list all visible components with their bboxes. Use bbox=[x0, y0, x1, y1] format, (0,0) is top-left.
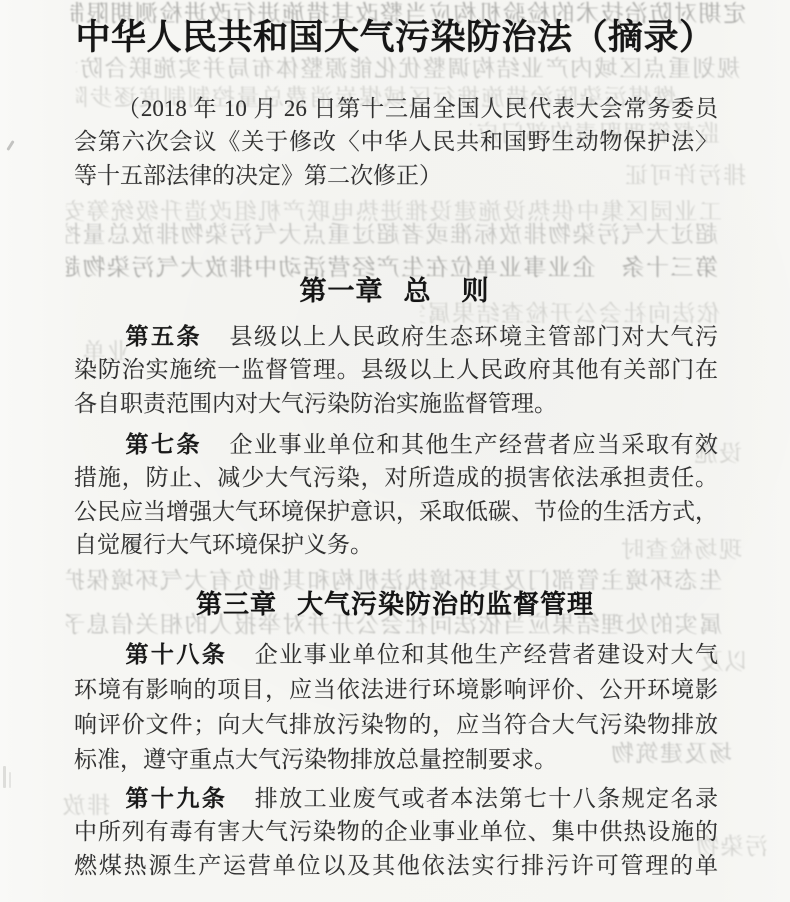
label-gap bbox=[227, 805, 253, 806]
chapter-1-heading: 第一章总 则 bbox=[0, 269, 790, 308]
text-line: 自觉履行大气环境保护义务。 bbox=[74, 528, 718, 561]
article-label: 第五条 bbox=[124, 324, 202, 349]
text-line: 染防治实施统一监督管理。县级以上人民政府其他有关部门在 bbox=[74, 353, 718, 386]
article-text: 排放工业废气或者本法第七十八条规定名录 bbox=[253, 786, 718, 811]
text-line: 会第六次会议《关于修改〈中华人民共和国野生动物保护法〉 bbox=[74, 125, 718, 158]
chapter-name: 总 则 bbox=[404, 276, 491, 306]
document-title: 中华人民共和国大气污染防治法（摘录） bbox=[0, 10, 790, 60]
text-line: 中所列有毒有害大气污染物的企业事业单位、集中供热设施的 bbox=[74, 815, 718, 848]
chapter-number: 第三章 bbox=[196, 590, 277, 619]
article-text: 县级以上人民政府生态环境主管部门对大气污 bbox=[228, 324, 718, 349]
text-line: （2018 年 10 月 26 日第十三届全国人民代表大会常务委员 bbox=[74, 92, 718, 125]
text-line: 措施，防止、减少大气污染，对所造成的损害依法承担责任。 bbox=[74, 461, 718, 494]
indent bbox=[74, 451, 124, 452]
indent bbox=[74, 805, 124, 806]
page-speck bbox=[9, 772, 11, 788]
text-line: 标准，遵守重点大气污染物排放总量控制要求。 bbox=[74, 742, 718, 777]
text-line: 第十八条企业事业单位和其他生产经营者建设对大气 bbox=[74, 637, 718, 672]
article-18: 第十八条企业事业单位和其他生产经营者建设对大气 环境有影响的项目，应当依法进行环… bbox=[74, 637, 718, 777]
page-speck bbox=[3, 766, 6, 788]
bleedthrough-text: 超过大气污染物排放标准或者超过重点大气污染物排放总量控制 bbox=[66, 221, 718, 248]
article-19: 第十九条排放工业废气或者本法第七十八条规定名录 中所列有毒有害大气污染物的企业事… bbox=[74, 782, 718, 882]
text-line: 第十九条排放工业废气或者本法第七十八条规定名录 bbox=[74, 782, 718, 815]
scanned-document-page: 定期对防治技术的检验机构应当整改其措施进行改进检测期限制 规划重点区域内产业结构… bbox=[0, 0, 790, 902]
amendment-note: （2018 年 10 月 26 日第十三届全国人民代表大会常务委员 会第六次会议… bbox=[74, 92, 718, 192]
article-5: 第五条县级以上人民政府生态环境主管部门对大气污 染防治实施统一监督管理。县级以上… bbox=[74, 320, 718, 420]
article-label: 第七条 bbox=[124, 432, 202, 457]
text-line: 燃煤热源生产运营单位以及其他依法实行排污许可管理的单 bbox=[74, 849, 718, 882]
article-label: 第十九条 bbox=[124, 786, 227, 811]
bleedthrough-text: 工业园区集中供热设施建设推进热电联产机组改造升级统筹安排 bbox=[66, 198, 722, 225]
indent bbox=[74, 343, 124, 344]
article-7: 第七条企业事业单位和其他生产经营者应当采取有效 措施，防止、减少大气污染，对所造… bbox=[74, 428, 718, 562]
text-line: 各自职责范围内对大气污染防治实施监督管理。 bbox=[74, 387, 718, 420]
label-gap bbox=[227, 661, 253, 662]
label-gap bbox=[202, 451, 228, 452]
article-label: 第十八条 bbox=[124, 642, 227, 667]
text-line: 公民应当增强大气环境保护意识，采取低碳、节俭的生活方式， bbox=[74, 495, 718, 528]
text-line: 环境有影响的项目，应当依法进行环境影响评价、公开环境影 bbox=[74, 672, 718, 707]
text-line: 等十五部法律的决定》第二次修正） bbox=[74, 159, 718, 192]
text-line: 响评价文件；向大气排放污染物的，应当符合大气污染物排放 bbox=[74, 707, 718, 742]
article-text: 企业事业单位和其他生产经营者建设对大气 bbox=[253, 642, 718, 667]
article-text: 企业事业单位和其他生产经营者应当采取有效 bbox=[228, 432, 718, 457]
label-gap bbox=[202, 343, 228, 344]
indent bbox=[74, 661, 124, 662]
chapter-3-heading: 第三章大气污染防治的监督管理 bbox=[0, 584, 790, 621]
text-line: 第七条企业事业单位和其他生产经营者应当采取有效 bbox=[74, 428, 718, 461]
page-speck bbox=[6, 140, 14, 151]
chapter-number: 第一章 bbox=[300, 276, 384, 306]
text-line: 第五条县级以上人民政府生态环境主管部门对大气污 bbox=[74, 320, 718, 353]
chapter-name: 大气污染防治的监督管理 bbox=[297, 590, 594, 619]
